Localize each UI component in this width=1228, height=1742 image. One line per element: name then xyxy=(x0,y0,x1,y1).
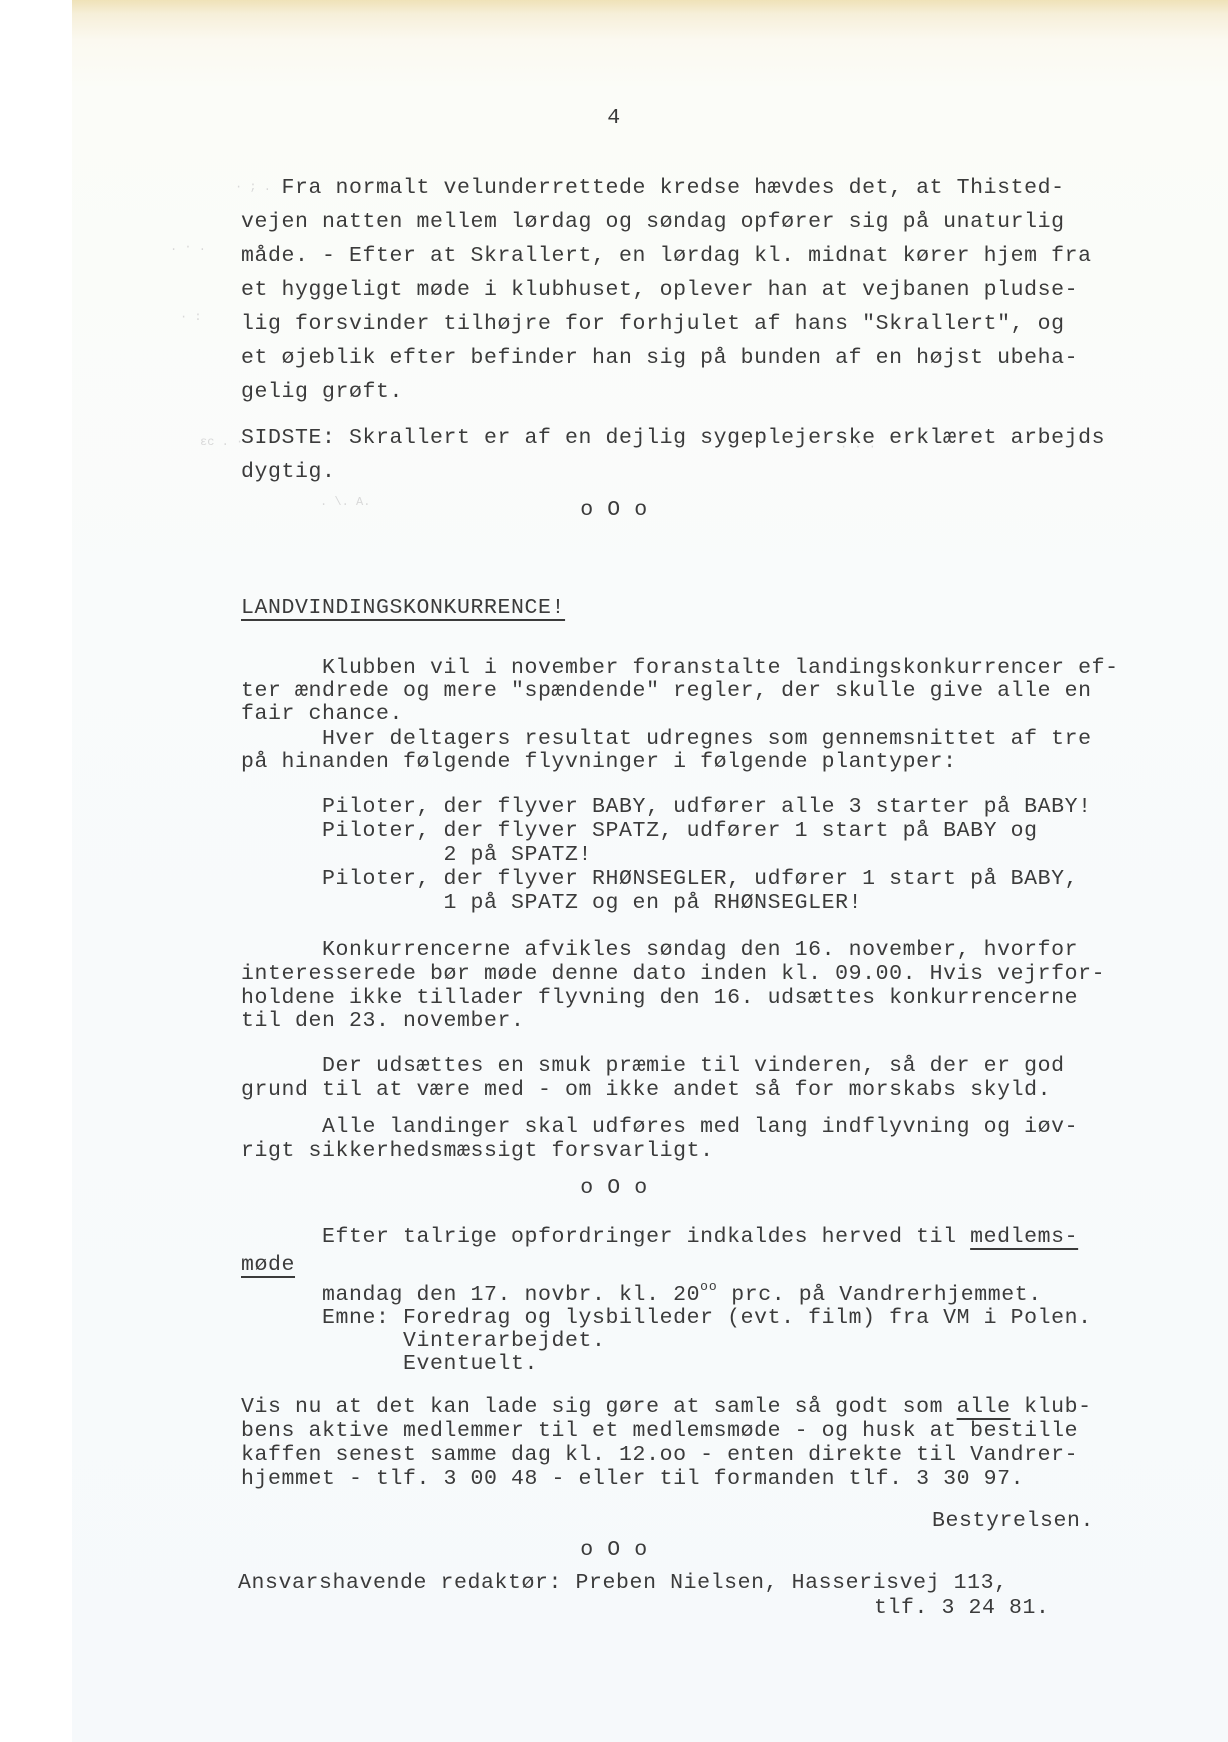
paragraph-line: til den 23. november. xyxy=(241,1011,525,1033)
appeal-text: klub- xyxy=(1011,1395,1092,1419)
paragraph-line: Alle landinger skal udføres med lang ind… xyxy=(241,1117,1078,1139)
appeal-line: bens aktive medlemmer til et medlemsmøde… xyxy=(241,1421,1078,1443)
paragraph-line: Der udsættes en smuk præmie til vinderen… xyxy=(241,1056,1065,1078)
rule-line: Piloter, der flyver BABY, udfører alle 3… xyxy=(241,797,1092,819)
stain-speck: · : xyxy=(180,310,202,324)
rule-line: Piloter, der flyver RHØNSEGLER, udfører … xyxy=(241,869,1078,891)
separator: o O o xyxy=(0,500,1228,522)
paragraph-line: ter ændrede og mere "spændende" regler, … xyxy=(241,681,1092,703)
paragraph-line: et øjeblik efter befinder han sig på bun… xyxy=(241,348,1078,370)
agenda-line: Eventuelt. xyxy=(241,1354,538,1376)
agenda-line: Emne: Foredrag og lysbilleder (evt. film… xyxy=(241,1308,1092,1330)
agenda-line: Vinterarbejdet. xyxy=(241,1331,606,1353)
meeting-time-line: mandag den 17. novbr. kl. 20oo prc. på V… xyxy=(241,1285,1042,1307)
separator: o O o xyxy=(0,1178,1228,1200)
paragraph-line: måde. - Efter at Skrallert, en lørdag kl… xyxy=(241,246,1092,268)
rule-line: 1 på SPATZ og en på RHØNSEGLER! xyxy=(241,893,862,915)
appeal-line: kaffen senest samme dag kl. 12.oo - ente… xyxy=(241,1445,1078,1467)
underlined-word: møde xyxy=(241,1255,295,1277)
separator: o O o xyxy=(0,1540,1228,1562)
paragraph-line: Hver deltagers resultat udregnes som gen… xyxy=(241,729,1092,751)
meeting-date: mandag den 17. novbr. kl. 20 xyxy=(241,1283,700,1307)
paragraph-line: gelig grøft. xyxy=(241,382,403,404)
page-number: 4 xyxy=(0,108,1228,130)
paragraph-line: lig forsvinder tilhøjre for forhjulet af… xyxy=(241,314,1065,336)
appeal-line: Vis nu at det kan lade sig gøre at samle… xyxy=(241,1397,1092,1419)
paragraph-line: Klubben vil i november foranstalte landi… xyxy=(241,658,1119,680)
stain-speck: ɛc . · xyxy=(200,435,243,449)
paragraph-line: grund til at være med - om ikke andet så… xyxy=(241,1080,1051,1102)
superscript-time: oo xyxy=(700,1279,718,1294)
paragraph-line: interesserede bør møde denne dato inden … xyxy=(241,964,1105,986)
meeting-intro-line: Efter talrige opfordringer indkaldes her… xyxy=(241,1227,1078,1249)
stain-speck: . · . xyxy=(170,240,206,254)
underlined-word: medlems- xyxy=(970,1225,1078,1249)
editor-phone: tlf. 3 24 81. xyxy=(874,1598,1050,1620)
meeting-place: prc. på Vandrerhjemmet. xyxy=(718,1283,1042,1307)
paragraph-line: Konkurrencerne afvikles søndag den 16. n… xyxy=(241,940,1078,962)
postscript-line: dygtig. xyxy=(241,462,336,484)
rule-line: Piloter, der flyver SPATZ, udfører 1 sta… xyxy=(241,821,1038,843)
section-heading: LANDVINDINGSKONKURRENCE! xyxy=(241,598,565,620)
rule-line: 2 på SPATZ! xyxy=(241,845,592,867)
appeal-line: hjemmet - tlf. 3 00 48 - eller til forma… xyxy=(241,1469,1024,1491)
appeal-text: Vis nu at det kan lade sig gøre at samle… xyxy=(241,1395,957,1419)
signature: Bestyrelsen. xyxy=(932,1511,1094,1533)
paragraph-line: rigt sikkerhedsmæssigt forsvarligt. xyxy=(241,1141,714,1163)
paragraph-line: Fra normalt velunderrettede kredse hævde… xyxy=(241,178,1065,200)
postscript-line: SIDSTE: Skrallert er af en dejlig sygepl… xyxy=(241,428,1105,450)
meeting-intro-text: Efter talrige opfordringer indkaldes her… xyxy=(241,1225,970,1249)
paragraph-line: vejen natten mellem lørdag og søndag opf… xyxy=(241,212,1065,234)
paragraph-line: på hinanden følgende flyvninger i følgen… xyxy=(241,752,957,774)
editor-line: Ansvarshavende redaktør: Preben Nielsen,… xyxy=(238,1573,1008,1595)
paragraph-line: fair chance. xyxy=(241,704,403,726)
underlined-word: alle xyxy=(957,1395,1011,1419)
paragraph-line: et hyggeligt møde i klubhuset, oplever h… xyxy=(241,280,1078,302)
paragraph-line: holdene ikke tillader flyvning den 16. u… xyxy=(241,988,1078,1010)
